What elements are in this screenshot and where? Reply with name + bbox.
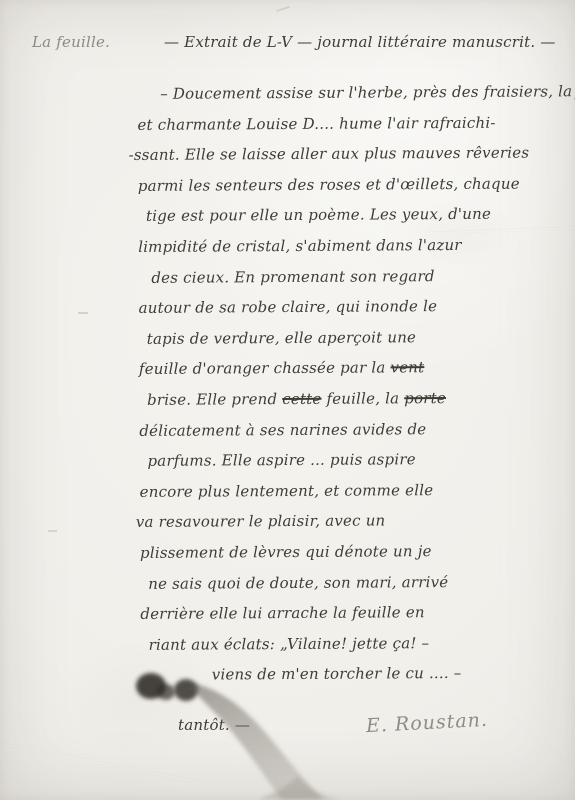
manuscript-line: va resavourer le plaisir, avec un [1, 505, 575, 539]
manuscript-line: tapis de verdure, elle aperçoit une [0, 321, 575, 355]
line-text: plissement de lèvres qui dénote un je [140, 542, 432, 562]
manuscript-line: viens de m'en torcher le cu .... – [2, 658, 575, 692]
line-text: riant aux éclats: „Vilaine! jette ça! – [149, 634, 430, 654]
line-text: viens de m'en torcher le cu .... – [212, 664, 462, 684]
line-text: des cieux. En promenant son regard [151, 267, 434, 287]
paper-crease-bottom-left [0, 740, 196, 783]
struck-word: cette [282, 390, 321, 408]
manuscript-line: délicatement à ses narines avides de [0, 413, 575, 447]
line-text: -ssant. Elle se laisse aller aux plus ma… [129, 144, 530, 164]
line-text: parmi les senteurs des roses et d'œillet… [138, 174, 520, 194]
line-text: délicatement à ses narines avides de [139, 420, 426, 440]
manuscript-line: brise. Elle prend cette feuille, la port… [0, 382, 575, 416]
line-text: derrière elle lui arrache la feuille en [140, 603, 424, 623]
manuscript-line: -ssant. Elle se laisse aller aux plus ma… [0, 137, 574, 171]
manuscript-line: riant aux éclats: „Vilaine! jette ça! – [2, 627, 575, 661]
line-text: tige est pour elle un poème. Les yeux, d… [146, 205, 491, 225]
line-text: tapis de verdure, elle aperçoit une [147, 328, 416, 348]
manuscript-page: La feuille. — Extrait de L-V — journal l… [0, 0, 575, 800]
manuscript-line: encore plus lentement, et comme elle [1, 474, 575, 508]
manuscript-line: plissement de lèvres qui dénote un je [1, 535, 575, 569]
paper-crease-bottom-right [477, 690, 575, 785]
line-text: autour de sa robe claire, qui inonde le [138, 297, 437, 317]
manuscript-line: limpidité de cristal, s'abiment dans l'a… [0, 229, 574, 263]
manuscript-line: derrière elle lui arrache la feuille en [1, 596, 575, 630]
manuscript-line: tige est pour elle un poème. Les yeux, d… [0, 199, 574, 233]
page-title: La feuille. [32, 33, 110, 51]
stray-pencil-mark [276, 6, 290, 12]
manuscript-body: – Doucement assise sur l'herbe, près des… [0, 76, 575, 691]
manuscript-line: – Doucement assise sur l'herbe, près des… [0, 76, 573, 110]
line-text: – Doucement assise sur l'herbe, près des… [160, 82, 575, 103]
closing-word: tantôt. — [178, 716, 250, 734]
line-text: et charmante Louise D.... hume l'air raf… [137, 113, 495, 133]
line-text: feuille, la [321, 389, 404, 408]
manuscript-line: feuille d'oranger chassée par la vent [0, 352, 575, 386]
manuscript-line: parfums. Elle aspire ... puis aspire [0, 443, 575, 477]
line-text: va resavourer le plaisir, avec un [136, 512, 386, 532]
manuscript-line: et charmante Louise D.... hume l'air raf… [0, 107, 573, 141]
header-text: — Extrait de L-V — journal littéraire ma… [164, 33, 556, 51]
line-text: ne sais quoi de doute, son mari, arrivé [148, 573, 448, 593]
line-text: brise. Elle prend [147, 390, 282, 409]
brush-smear [190, 684, 346, 800]
line-text: limpidité de cristal, s'abiment dans l'a… [138, 236, 462, 256]
manuscript-line: ne sais quoi de doute, son mari, arrivé [1, 566, 575, 600]
signature: E. Roustan. [366, 709, 489, 737]
line-text: feuille d'oranger chassée par la [139, 359, 391, 379]
manuscript-line: autour de sa robe claire, qui inonde le [0, 290, 575, 324]
manuscript-line: des cieux. En promenant son regard [0, 260, 574, 294]
struck-word: vent [390, 359, 424, 377]
struck-word: porte [404, 389, 446, 407]
manuscript-line: parmi les senteurs des roses et d'œillet… [0, 168, 574, 202]
line-text: parfums. Elle aspire ... puis aspire [147, 450, 415, 470]
line-text: encore plus lentement, et comme elle [140, 481, 434, 501]
